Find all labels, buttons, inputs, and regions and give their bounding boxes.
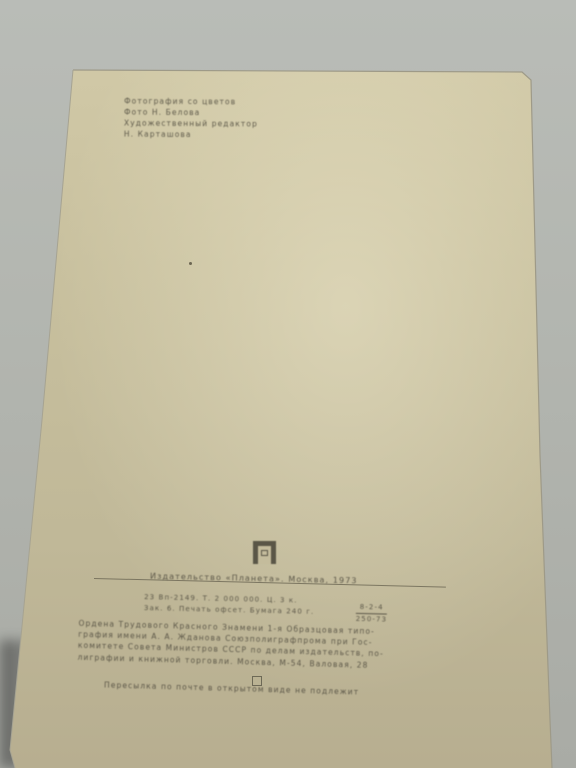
credit-line: Фото Н. Белова [124,107,258,119]
postcard-back: Фотография со цветов Фото Н. Белова Худо… [0,0,576,768]
fraction-top: 8-2-4 [356,602,388,615]
ink-speck [189,262,192,265]
catalog-fraction: 8-2-4 250-73 [356,602,388,626]
printer-block: Ордена Трудового Красного Знамени 1-я Об… [77,618,384,671]
planeta-publisher-logo-icon [253,541,276,564]
photo-credits: Фотография со цветов Фото Н. Белова Худо… [124,96,258,141]
imprint-block: 23 Вп-2149. Т. 2 000 000. Ц. 3 к. Зак. 6… [144,592,315,618]
mail-note: Пересылка по почте в открытом виде не по… [104,680,359,696]
credit-line: Фотография со цветов [124,96,258,108]
credit-line: Художественный редактор [124,118,258,130]
fraction-bottom: 250-73 [356,614,388,626]
credit-line: Н. Карташова [124,129,258,141]
